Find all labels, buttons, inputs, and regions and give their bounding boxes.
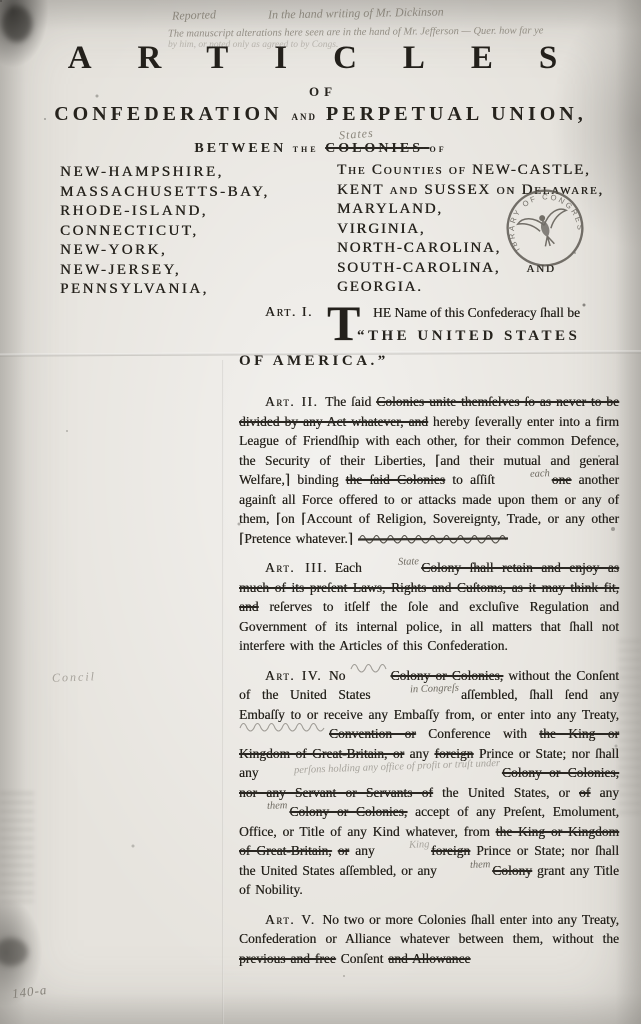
state-name: MASSACHUSETTS-BAY,	[60, 183, 270, 203]
title-of: OF	[0, 84, 641, 100]
struck-text: of	[579, 785, 590, 800]
printed-text: any	[349, 843, 381, 858]
dropcap-t: T	[327, 300, 360, 346]
of-word: of	[430, 143, 447, 155]
printed-text: No	[322, 668, 350, 683]
article-label: Art. I.	[265, 305, 313, 321]
title-perpetual-union: PERPETUAL UNION,	[326, 103, 587, 125]
illegible-handwriting	[358, 533, 508, 545]
illegible-handwriting	[350, 662, 390, 674]
printed-text: Conference with	[416, 726, 540, 741]
article-v: Art. V. No two or more Colonies ſhall en…	[239, 910, 619, 969]
handwritten-interlineation: in Congreſs	[384, 689, 459, 692]
printed-text: any	[404, 746, 434, 761]
printed-text: Each	[328, 560, 370, 575]
struck-text: or	[338, 843, 349, 858]
article-ii: Art. II. The ſaid Colonies unite themſel…	[239, 392, 619, 548]
state-name: The Counties of NEW-CASTLE,	[337, 161, 604, 181]
handwritten-note-reported: Reported	[172, 7, 216, 24]
article-label: Art. II.	[265, 394, 318, 409]
title-and: and	[292, 108, 318, 123]
bleedthrough-text	[0, 792, 34, 902]
struck-text: Colony	[492, 863, 532, 878]
state-name: CONNECTICUT,	[60, 222, 270, 242]
handwritten-note-jefferson: The manuscript alterations here seen are…	[168, 25, 544, 39]
bottom-blotch	[0, 938, 28, 966]
handwritten-interlineation: each	[504, 474, 550, 476]
state-name: GEORGIA.	[337, 278, 604, 298]
page-number-pencil: 140-a	[11, 982, 48, 1002]
printed-text: the United States, or	[433, 785, 579, 800]
eagle-icon	[517, 208, 574, 253]
handwritten-interlineation: them	[241, 806, 287, 808]
states-list-left: NEW-HAMPSHIRE,MASSACHUSETTS-BAY,RHODE-IS…	[60, 163, 270, 300]
printed-text: any	[590, 785, 619, 800]
bleedthrough-text	[618, 640, 641, 820]
article-iii: Art. III. Each StateColony ſhall retain …	[239, 558, 619, 656]
handwritten-note-dickinson: In the hand writing of Mr. Dickinson	[268, 4, 444, 22]
struck-text: and Allowance	[388, 951, 470, 966]
struck-text: previous and free	[239, 951, 336, 966]
article-label: Art. IV.	[265, 668, 322, 683]
articles-container: Art. II. The ſaid Colonies unite themſel…	[239, 392, 619, 968]
margin-pencil-note: Concil	[52, 669, 96, 686]
states-interlineation: States	[339, 126, 375, 143]
title-between-line: BETWEEN the COLONIES States of	[0, 141, 641, 157]
printed-text: The ſaid	[318, 394, 376, 409]
printed-text: reſerves to itſelf the ſole and excluſiv…	[239, 599, 619, 653]
colonies-text: COLONIES	[325, 141, 423, 156]
title-confederation-line: CONFEDERATION and PERPETUAL UNION,	[0, 103, 641, 126]
struck-text: foreign	[431, 843, 470, 858]
paper-specks	[0, 0, 2, 2]
struck-text: Colony or Colonies,	[390, 668, 503, 683]
state-name: PENNSYLVANIA,	[60, 280, 270, 300]
between-word: BETWEEN	[194, 141, 286, 156]
handwritten-interlineation: King	[383, 845, 429, 847]
printed-text: Conſent	[336, 951, 389, 966]
article-iv: Art. IV. No Colony or Colonies, without …	[239, 666, 619, 900]
article-i-line1: HE Name of this Confederacy ſhall be	[373, 305, 580, 321]
article-label: Art. V.	[265, 912, 316, 927]
handwritten-interlineation: State	[372, 562, 419, 564]
state-name: NEW-YORK,	[60, 241, 270, 261]
handwritten-interlineation: perſons holding any office of profit or …	[268, 764, 500, 772]
state-name: NEW-JERSEY,	[60, 261, 270, 281]
struck-text: Convention or	[329, 726, 416, 741]
document-page: Reported In the hand writing of Mr. Dick…	[0, 0, 641, 1024]
state-name: NEW-HAMPSHIRE,	[60, 163, 270, 183]
illegible-handwriting	[239, 721, 329, 733]
main-text-column: Art. I. T HE Name of this Confederacy ſh…	[239, 300, 619, 978]
the-word: the	[293, 143, 319, 155]
vertical-fold	[222, 360, 224, 1024]
ink-blotch	[2, 6, 32, 42]
struck-text: one	[552, 472, 572, 487]
title-confederation: CONFEDERATION	[54, 103, 282, 125]
of-america-line: OF AMERICA.”	[239, 353, 389, 370]
struck-text: the ſaid Colonies	[346, 472, 445, 487]
article-label: Art. III.	[265, 560, 328, 575]
colonies-struck-word: COLONIES States	[325, 141, 429, 156]
title-articles: ARTICLES	[0, 40, 641, 77]
printed-text: to aſſiſt	[445, 472, 502, 487]
united-states-line: “THE UNITED STATES	[357, 328, 580, 345]
struck-text: Colony or Colonies,	[289, 804, 407, 819]
handwritten-interlineation: them	[444, 865, 490, 867]
state-name: RHODE-ISLAND,	[60, 202, 270, 222]
article-i: Art. I. T HE Name of this Confederacy ſh…	[239, 300, 619, 382]
